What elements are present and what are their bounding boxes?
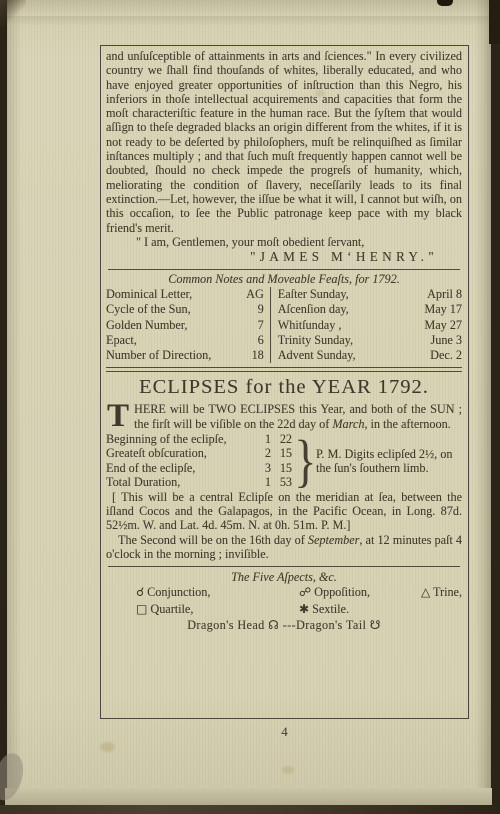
timing-hours: 1 (257, 475, 271, 489)
top-right-edge-mark (489, 0, 500, 44)
letter-paragraph: and unſuſceptible of attainments in arts… (106, 49, 462, 235)
common-notes-left-column: Dominical Letter, AG Cycle of the Sun, 9… (106, 287, 270, 363)
timing-minutes: 53 (271, 475, 292, 489)
row-label: Whitſunday , (278, 318, 425, 333)
aspect-item: □ Quartile, (136, 601, 299, 617)
eclipses-intro: THERE will be TWO ECLIPSES this Year, an… (106, 402, 462, 431)
timing-hours: 3 (257, 461, 271, 475)
row-label: Cycle of the Sun, (106, 302, 258, 317)
top-left-smudge (0, 0, 26, 28)
dragons-tail-icon: ☋ (370, 618, 381, 632)
aspect-item: ☌ Conjunction, (136, 584, 299, 600)
aspect-item: △ Trine, (421, 584, 462, 600)
book-cover-edge (0, 805, 500, 814)
dragons-head-label: Dragon's Head (187, 618, 264, 632)
aspects-title: The Five Aſpects, &c. (106, 570, 462, 584)
second-eclipse-note: The Second will be on the 16th day of Se… (106, 533, 462, 562)
aspect-label: Trine, (433, 585, 462, 599)
top-ink-mark (437, 0, 453, 6)
row-value: April 8 (427, 287, 462, 302)
timing-row: Beginning of the eclipſe, 1 22 (106, 432, 292, 446)
table-row: Epact, 6 (106, 333, 264, 348)
double-section-rule (106, 367, 462, 372)
row-label: Eaſter Sunday, (278, 287, 427, 302)
eclipse-timing-table: Beginning of the eclipſe, 1 22 Greateſt … (106, 432, 462, 490)
table-row: Advent Sunday, Dec. 2 (278, 348, 462, 363)
quartile-icon: □ (136, 602, 147, 616)
table-row: Trinity Sunday, June 3 (278, 333, 462, 348)
row-value: 9 (258, 302, 264, 317)
timing-hours: 1 (257, 432, 271, 446)
row-label: Trinity Sunday, (278, 333, 431, 348)
paper-stain (282, 766, 294, 774)
dragons-tail-label: Dragon's Tail (296, 618, 366, 632)
dashes: --- (283, 618, 296, 632)
row-label: Number of Direction, (106, 348, 252, 363)
section-rule (108, 269, 460, 270)
eclipses-heading: ECLIPSES for the YEAR 1792. (106, 375, 462, 399)
section-rule (108, 566, 460, 567)
timing-row: Greateſt obſcuration, 2 15 (106, 446, 292, 460)
letter-closing: " I am, Gentlemen, your moſt obedient ſe… (106, 235, 462, 249)
under-page-edge (5, 788, 492, 805)
page-number: 4 (100, 724, 469, 740)
table-row: Aſcenſion day, May 17 (278, 302, 462, 317)
row-label: Advent Sunday, (278, 348, 430, 363)
row-label: Golden Number, (106, 318, 258, 333)
aspect-label: Conjunction, (147, 585, 210, 599)
eclipse-location-note: [ This will be a central Eclipſe on the … (106, 490, 462, 533)
table-row: Whitſunday , May 27 (278, 318, 462, 333)
timing-minutes: 15 (271, 446, 292, 460)
aspect-label: Quartile, (150, 602, 193, 616)
aspect-label: Oppoſition, (314, 585, 370, 599)
paper-stain (100, 742, 115, 752)
table-row: Eaſter Sunday, April 8 (278, 287, 462, 302)
dragons-line: Dragon's Head ☊ ---Dragon's Tail ☋ (106, 617, 462, 633)
intro-month-italic: March (332, 417, 364, 431)
row-value: May 27 (424, 318, 462, 333)
right-page-curve (475, 0, 491, 788)
top-fold-shadow (7, 16, 491, 26)
row-label: Epact, (106, 333, 258, 348)
aspect-item: ☍ Oppoſition, (299, 584, 421, 600)
row-value: 6 (258, 333, 264, 348)
timing-label: Greateſt obſcuration, (106, 446, 257, 460)
common-notes-right-column: Eaſter Sunday, April 8 Aſcenſion day, Ma… (270, 287, 462, 363)
row-value: June 3 (431, 333, 462, 348)
timing-row: Total Duration, 1 53 (106, 475, 292, 489)
table-row: Cycle of the Sun, 9 (106, 302, 264, 317)
aspects-row: ☌ Conjunction, ☍ Oppoſition, △ Trine, (106, 584, 462, 600)
timing-hours: 2 (257, 446, 271, 460)
opposition-icon: ☍ (299, 585, 311, 599)
trine-icon: △ (421, 585, 430, 599)
row-value: 7 (258, 318, 264, 333)
timing-rows: Beginning of the eclipſe, 1 22 Greateſt … (106, 432, 292, 490)
timing-label: Beginning of the eclipſe, (106, 432, 257, 446)
conjunction-icon: ☌ (136, 585, 144, 599)
printed-text-block: and unſuſceptible of attainments in arts… (100, 45, 469, 719)
brace-glyph: } (294, 434, 312, 488)
second-text: The Second will be on the 16th day of (118, 533, 308, 547)
row-value: May 17 (424, 302, 462, 317)
intro-text: , in the afternoon. (364, 417, 450, 431)
second-month-italic: September (308, 533, 359, 547)
drop-cap: T (106, 402, 134, 429)
timing-minutes: 15 (271, 461, 292, 475)
dragons-head-icon: ☊ (268, 618, 279, 632)
left-page-shading (7, 0, 21, 788)
eclipse-digits-note: P. M. Digits eclipſed 2½, on the ſun's ſ… (314, 447, 462, 475)
table-row: Number of Direction, 18 (106, 348, 264, 363)
common-notes-title: Common Notes and Moveable Feaſts, for 17… (106, 272, 462, 286)
row-label: Aſcenſion day, (278, 302, 425, 317)
row-value: Dec. 2 (430, 348, 462, 363)
aspect-label: Sextile. (312, 602, 349, 616)
timing-label: End of the eclipſe, (106, 461, 257, 475)
table-row: Dominical Letter, AG (106, 287, 264, 302)
sextile-icon: ✱ (299, 602, 309, 616)
row-value: AG (246, 287, 264, 302)
aspect-item: ✱ Sextile. (299, 601, 349, 617)
aspects-row: □ Quartile, ✱ Sextile. (106, 601, 462, 617)
common-notes-table: Dominical Letter, AG Cycle of the Sun, 9… (106, 287, 462, 363)
timing-label: Total Duration, (106, 475, 257, 489)
timing-minutes: 22 (271, 432, 292, 446)
row-label: Dominical Letter, (106, 287, 246, 302)
letter-signature: "JAMES M‘HENRY." (106, 249, 462, 265)
table-row: Golden Number, 7 (106, 318, 264, 333)
timing-row: End of the eclipſe, 3 15 (106, 461, 292, 475)
row-value: 18 (252, 348, 264, 363)
